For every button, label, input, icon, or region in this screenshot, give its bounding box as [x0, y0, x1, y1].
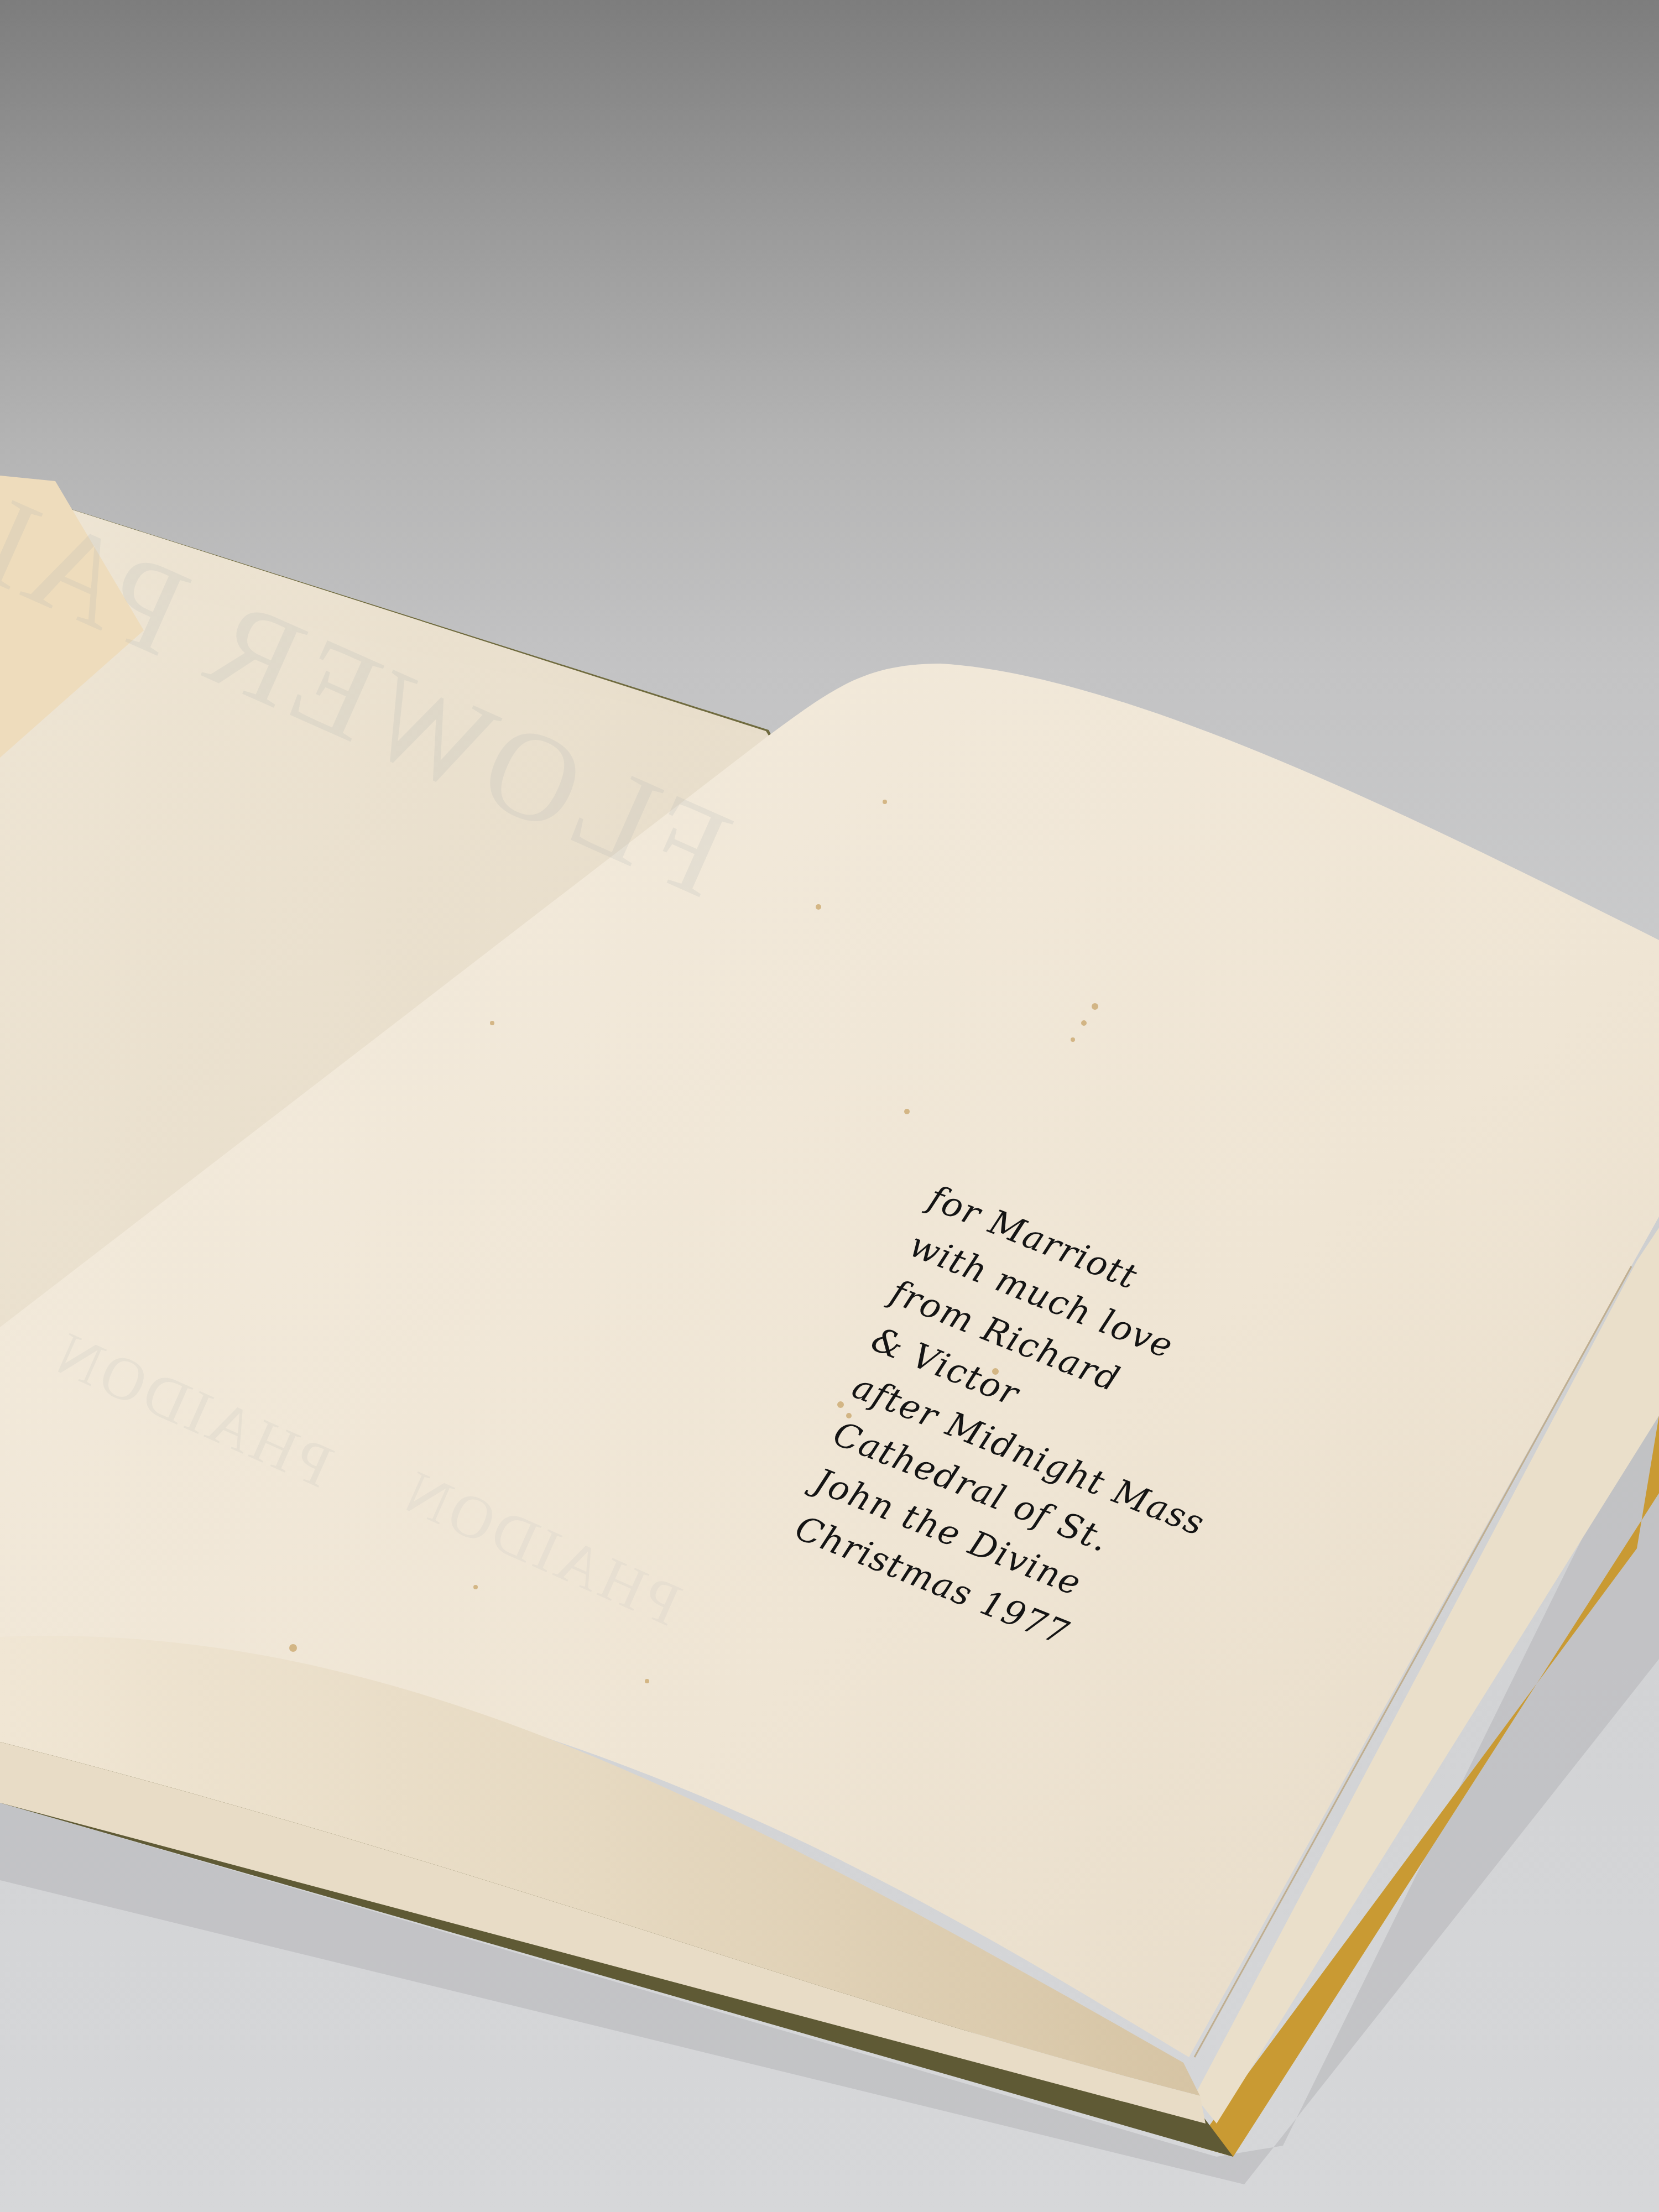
photo-scene: FLOWER PAINTING PHAIDON PHAIDON for Marr…: [0, 0, 1659, 2212]
open-book: [0, 0, 1659, 2212]
